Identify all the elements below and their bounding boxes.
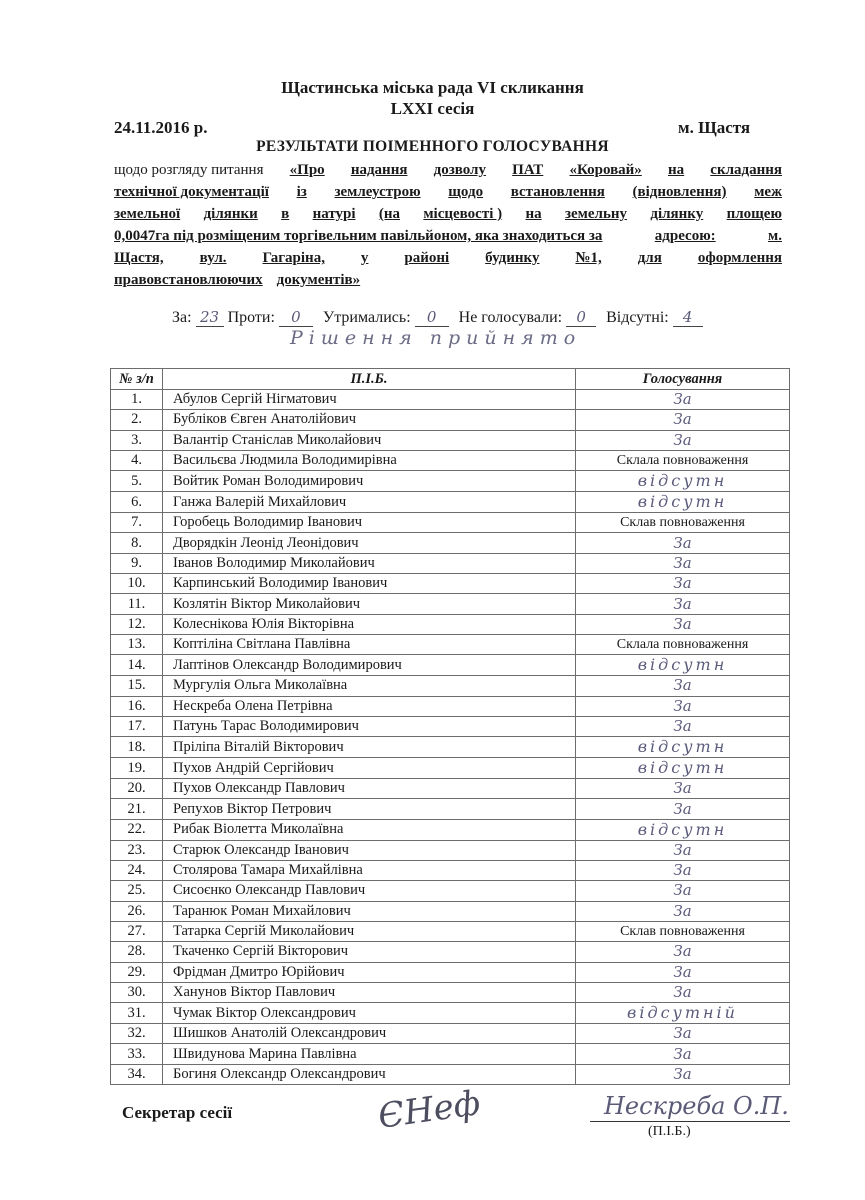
table-row: 28.Ткаченко Сергій ВікторовичЗа <box>111 942 790 962</box>
subject-word: адресою: <box>655 228 716 245</box>
council-title: Щастинська міська рада VI скликання <box>0 78 865 98</box>
vote-handwritten: відсутн <box>638 758 728 777</box>
deputy-name: Дворядкін Леонід Леонідович <box>163 533 576 553</box>
subject-lead: щодо розгляду питання <box>114 162 264 179</box>
vote-cell: Склав повноваження <box>576 513 790 533</box>
deputy-name: Ганжа Валерій Михайлович <box>163 492 576 513</box>
table-row: 16.Нескреба Олена ПетрівнаЗа <box>111 696 790 716</box>
vote-cell: За <box>576 614 790 634</box>
vote-cell: Склав повноваження <box>576 921 790 941</box>
table-row: 6.Ганжа Валерій Михайловичвідсутн <box>111 492 790 513</box>
absent-label: Відсутні: <box>606 309 669 326</box>
deputy-name: Колеснікова Юлія Вікторівна <box>163 614 576 634</box>
subject-word: складання <box>710 162 782 179</box>
table-row: 30.Ханунов Віктор ПавловичЗа <box>111 982 790 1002</box>
vote-cell: За <box>576 881 790 901</box>
table-row: 1.Абулов Сергій НігматовичЗа <box>111 390 790 410</box>
vote-cell: За <box>576 1024 790 1044</box>
deputy-name: Таранюк Роман Михайлович <box>163 901 576 921</box>
table-row: 7.Горобець Володимир ІвановичСклав повно… <box>111 513 790 533</box>
vote-cell: За <box>576 410 790 430</box>
deputy-name: Ханунов Віктор Павлович <box>163 982 576 1002</box>
deputy-name: Фрідман Дмитро Юрійович <box>163 962 576 982</box>
subject-word: площею <box>727 206 782 223</box>
table-row: 2.Бубліков Євген АнатолійовичЗа <box>111 410 790 430</box>
subject-line: правовстановлюючихдокументів» <box>114 272 782 289</box>
table-row: 10.Карпинський Володимир ІвановичЗа <box>111 574 790 594</box>
vote-status: Склав повноваження <box>620 924 745 939</box>
vote-cell: відсутн <box>576 655 790 676</box>
table-row: 13.Коптіліна Світлана ПавлівнаСклала пов… <box>111 634 790 654</box>
vote-cell: За <box>576 982 790 1002</box>
row-number: 7. <box>111 513 163 533</box>
row-number: 9. <box>111 553 163 573</box>
row-number: 22. <box>111 819 163 840</box>
table-row: 15.Мургулія Ольга МиколаївнаЗа <box>111 676 790 696</box>
row-number: 5. <box>111 471 163 492</box>
vote-handwritten: За <box>673 800 691 818</box>
table-row: 3.Валантір Станіслав МиколайовичЗа <box>111 430 790 450</box>
vote-handwritten: За <box>673 595 691 613</box>
secretary-label: Секретар сесії <box>122 1103 232 1123</box>
subject-word: ПАТ <box>512 162 543 179</box>
row-number: 10. <box>111 574 163 594</box>
table-row: 8.Дворядкін Леонід ЛеонідовичЗа <box>111 533 790 553</box>
vote-handwritten: За <box>673 717 691 735</box>
subject-word: 0,0047га під розміщеним торгівельним пав… <box>114 228 602 245</box>
vote-cell: За <box>576 779 790 799</box>
subject-word: технічної документації <box>114 184 269 201</box>
table-row: 17.Патунь Тарас ВолодимировичЗа <box>111 716 790 736</box>
subject-word: на <box>525 206 541 223</box>
vote-handwritten: За <box>673 615 691 633</box>
row-number: 25. <box>111 881 163 901</box>
vote-handwritten: За <box>673 841 691 859</box>
table-header-row: № з/п П.І.Б. Голосування <box>111 369 790 390</box>
secretary-name-handwritten: Нескреба О.П. <box>604 1092 789 1120</box>
vote-cell: За <box>576 1064 790 1084</box>
vote-cell: За <box>576 553 790 573</box>
deputy-name: Патунь Тарас Володимирович <box>163 716 576 736</box>
vote-cell: За <box>576 1044 790 1064</box>
row-number: 18. <box>111 737 163 758</box>
table-row: 26.Таранюк Роман МихайловичЗа <box>111 901 790 921</box>
row-number: 12. <box>111 614 163 634</box>
vote-cell: За <box>576 696 790 716</box>
vote-handwritten: відсутн <box>638 820 728 839</box>
header-name: П.І.Б. <box>163 369 576 390</box>
vote-cell: За <box>576 574 790 594</box>
subject-word: дозволу <box>434 162 486 179</box>
vote-counts: За: 23 Проти: 0 Утримались: 0 Не голосув… <box>172 308 703 327</box>
table-row: 12.Колеснікова Юлія ВікторівнаЗа <box>111 614 790 634</box>
subject-word: земельної <box>114 206 180 223</box>
vote-cell: За <box>576 942 790 962</box>
table-row: 4.Васильєва Людмила ВолодимирівнаСклала … <box>111 450 790 470</box>
row-number: 30. <box>111 982 163 1002</box>
table-row: 33.Швидунова Марина ПавлівнаЗа <box>111 1044 790 1064</box>
subject-word: натурі <box>313 206 356 223</box>
subject-word: меж <box>754 184 782 201</box>
row-number: 20. <box>111 779 163 799</box>
subject-word: надання <box>351 162 408 179</box>
deputy-name: Козлятін Віктор Миколайович <box>163 594 576 614</box>
vote-cell: Склала повноваження <box>576 450 790 470</box>
subject-word: місцевості ) <box>423 206 502 223</box>
not-voted-label: Не голосували: <box>459 309 562 326</box>
row-number: 19. <box>111 758 163 779</box>
deputy-name: Старюк Олександр Іванович <box>163 840 576 860</box>
vote-handwritten: За <box>673 1024 691 1042</box>
row-number: 23. <box>111 840 163 860</box>
row-number: 13. <box>111 634 163 654</box>
vote-handwritten: відсутн <box>638 655 728 674</box>
vote-handwritten: За <box>673 881 691 899</box>
vote-cell: За <box>576 962 790 982</box>
vote-cell: За <box>576 430 790 450</box>
session-title: LXXI сесія <box>0 99 865 119</box>
subject-word: Щастя, <box>114 250 164 267</box>
table-row: 14.Лаптінов Олександр Володимировичвідсу… <box>111 655 790 676</box>
vote-handwritten: За <box>673 431 691 449</box>
subject-word: для <box>638 250 662 267</box>
deputy-name: Чумак Віктор Олександрович <box>163 1003 576 1024</box>
subject-word: вул. <box>200 250 227 267</box>
vote-cell: За <box>576 861 790 881</box>
row-number: 27. <box>111 921 163 941</box>
vote-cell: відсутній <box>576 1003 790 1024</box>
deputy-name: Нескреба Олена Петрівна <box>163 696 576 716</box>
table-row: 20.Пухов Олександр ПавловичЗа <box>111 779 790 799</box>
row-number: 3. <box>111 430 163 450</box>
table-row: 23.Старюк Олександр ІвановичЗа <box>111 840 790 860</box>
row-number: 1. <box>111 390 163 410</box>
table-row: 24.Столярова Тамара МихайлівнаЗа <box>111 861 790 881</box>
table-row: 5.Войтик Роман Володимировичвідсутн <box>111 471 790 492</box>
deputy-name: Пухов Олександр Павлович <box>163 779 576 799</box>
vote-cell: За <box>576 533 790 553</box>
vote-cell: За <box>576 716 790 736</box>
subject-word: встановлення <box>511 184 605 201</box>
row-number: 33. <box>111 1044 163 1064</box>
deputy-name: Татарка Сергій Миколайович <box>163 921 576 941</box>
vote-cell: За <box>576 840 790 860</box>
deputy-name: Васильєва Людмила Володимирівна <box>163 450 576 470</box>
subject-word: (відновлення) <box>633 184 727 201</box>
absent-value: 4 <box>673 308 703 327</box>
deputy-name: Валантір Станіслав Миколайович <box>163 430 576 450</box>
vote-cell: відсутн <box>576 819 790 840</box>
abstained-value: 0 <box>415 308 449 327</box>
vote-cell: За <box>576 901 790 921</box>
vote-cell: відсутн <box>576 737 790 758</box>
subject-word: №1, <box>575 250 601 267</box>
subject-word: правовстановлюючих <box>114 272 263 289</box>
vote-handwritten: За <box>673 1065 691 1083</box>
deputy-name: Сисоєнко Олександр Павлович <box>163 881 576 901</box>
subject-word: в <box>281 206 289 223</box>
vote-cell: Склала повноваження <box>576 634 790 654</box>
vote-handwritten: відсутн <box>638 737 728 756</box>
table-row: 9.Іванов Володимир МиколайовичЗа <box>111 553 790 573</box>
signature-line <box>590 1121 790 1122</box>
subject-line: щодо розгляду питання«ПронаданнядозволуП… <box>114 162 782 179</box>
subject-word: ділянку <box>650 206 703 223</box>
vote-cell: За <box>576 799 790 819</box>
document-title: РЕЗУЛЬТАТИ ПОІМЕННОГО ГОЛОСУВАННЯ <box>0 138 865 156</box>
row-number: 15. <box>111 676 163 696</box>
row-number: 16. <box>111 696 163 716</box>
vote-cell: відсутн <box>576 471 790 492</box>
subject-word: із <box>297 184 307 201</box>
subject-word: у <box>361 250 369 267</box>
vote-cell: За <box>576 676 790 696</box>
vote-handwritten: За <box>673 554 691 572</box>
vote-handwritten: За <box>673 983 691 1001</box>
deputy-name: Бубліков Євген Анатолійович <box>163 410 576 430</box>
against-label: Проти: <box>228 309 275 326</box>
deputy-name: Войтик Роман Володимирович <box>163 471 576 492</box>
deputy-name: Абулов Сергій Нігматович <box>163 390 576 410</box>
row-number: 26. <box>111 901 163 921</box>
vote-handwritten: За <box>673 861 691 879</box>
deputy-name: Карпинський Володимир Іванович <box>163 574 576 594</box>
deputy-name: Столярова Тамара Михайлівна <box>163 861 576 881</box>
subject-word: «Про <box>290 162 325 179</box>
subject-word: будинку <box>485 250 539 267</box>
against-value: 0 <box>279 308 313 327</box>
vote-handwritten: За <box>673 1045 691 1063</box>
vote-handwritten: відсутній <box>627 1003 738 1022</box>
vote-status: Склав повноваження <box>620 515 745 530</box>
vote-cell: За <box>576 390 790 410</box>
vote-handwritten: За <box>673 697 691 715</box>
vote-handwritten: За <box>673 779 691 797</box>
row-number: 14. <box>111 655 163 676</box>
row-number: 2. <box>111 410 163 430</box>
row-number: 4. <box>111 450 163 470</box>
roll-call-table: № з/п П.І.Б. Голосування 1.Абулов Сергій… <box>110 368 790 1085</box>
row-number: 17. <box>111 716 163 736</box>
subject-line: технічної документаціїізземлеустроющодов… <box>114 184 782 201</box>
for-value: 23 <box>196 308 224 327</box>
session-city: м. Щастя <box>678 118 750 138</box>
row-number: 21. <box>111 799 163 819</box>
name-caption: (П.І.Б.) <box>648 1124 691 1140</box>
abstained-label: Утримались: <box>323 309 411 326</box>
vote-handwritten: За <box>673 410 691 428</box>
deputy-name: Пухов Андрій Сергійович <box>163 758 576 779</box>
subject-word: районі <box>404 250 449 267</box>
vote-status: Склала повноваження <box>617 453 749 468</box>
table-row: 27.Татарка Сергій МиколайовичСклав повно… <box>111 921 790 941</box>
deputy-name: Коптіліна Світлана Павлівна <box>163 634 576 654</box>
table-row: 29.Фрідман Дмитро ЮрійовичЗа <box>111 962 790 982</box>
subject-word: ділянки <box>204 206 258 223</box>
vote-cell: відсутн <box>576 758 790 779</box>
subject-word: «Коровай» <box>569 162 641 179</box>
deputy-name: Лаптінов Олександр Володимирович <box>163 655 576 676</box>
vote-handwritten: відсутн <box>638 492 728 511</box>
vote-cell: За <box>576 594 790 614</box>
subject-line: 0,0047га під розміщеним торгівельним пав… <box>114 228 782 245</box>
row-number: 34. <box>111 1064 163 1084</box>
secretary-signature: ЄНеф <box>376 1083 483 1137</box>
table-row: 34.Богиня Олександр ОлександровичЗа <box>111 1064 790 1084</box>
not-voted-value: 0 <box>566 308 596 327</box>
row-number: 28. <box>111 942 163 962</box>
vote-handwritten: відсутн <box>638 471 728 490</box>
table-row: 32.Шишков Анатолій ОлександровичЗа <box>111 1024 790 1044</box>
deputy-name: Репухов Віктор Петрович <box>163 799 576 819</box>
vote-handwritten: За <box>673 902 691 920</box>
row-number: 6. <box>111 492 163 513</box>
table-row: 11.Козлятін Віктор МиколайовичЗа <box>111 594 790 614</box>
subject-word: на <box>668 162 684 179</box>
subject-word: земельну <box>565 206 627 223</box>
vote-handwritten: За <box>673 390 691 408</box>
vote-handwritten: За <box>673 942 691 960</box>
row-number: 11. <box>111 594 163 614</box>
deputy-name: Богиня Олександр Олександрович <box>163 1064 576 1084</box>
deputy-name: Горобець Володимир Іванович <box>163 513 576 533</box>
vote-handwritten: За <box>673 534 691 552</box>
vote-status: Склала повноваження <box>617 637 749 652</box>
deputy-name: Пріліпа Віталій Вікторович <box>163 737 576 758</box>
row-number: 32. <box>111 1024 163 1044</box>
table-row: 21.Репухов Віктор ПетровичЗа <box>111 799 790 819</box>
header-vote: Голосування <box>576 369 790 390</box>
subject-word: документів» <box>277 272 360 289</box>
vote-handwritten: За <box>673 676 691 694</box>
table-row: 19.Пухов Андрій Сергійовичвідсутн <box>111 758 790 779</box>
table-row: 25.Сисоєнко Олександр ПавловичЗа <box>111 881 790 901</box>
subject-word: землеустрою <box>334 184 420 201</box>
row-number: 24. <box>111 861 163 881</box>
for-label: За: <box>172 309 192 326</box>
table-row: 31.Чумак Віктор Олександровичвідсутній <box>111 1003 790 1024</box>
deputy-name: Шишков Анатолій Олександрович <box>163 1024 576 1044</box>
row-number: 29. <box>111 962 163 982</box>
decision-handwritten: Рішення прийнято <box>290 327 581 349</box>
row-number: 8. <box>111 533 163 553</box>
subject-word: оформлення <box>698 250 782 267</box>
deputy-name: Рибак Віолетта Миколаївна <box>163 819 576 840</box>
subject-word: Гагаріна, <box>263 250 325 267</box>
vote-cell: відсутн <box>576 492 790 513</box>
session-date: 24.11.2016 р. <box>114 118 208 138</box>
vote-handwritten: За <box>673 963 691 981</box>
table-row: 18.Пріліпа Віталій Вікторовичвідсутн <box>111 737 790 758</box>
subject-line: Щастя,вул.Гагаріна,урайонібудинку№1,дляо… <box>114 250 782 267</box>
deputy-name: Ткаченко Сергій Вікторович <box>163 942 576 962</box>
table-row: 22.Рибак Віолетта Миколаївнавідсутн <box>111 819 790 840</box>
vote-handwritten: За <box>673 574 691 592</box>
deputy-name: Швидунова Марина Павлівна <box>163 1044 576 1064</box>
subject-word: (на <box>379 206 400 223</box>
deputy-name: Мургулія Ольга Миколаївна <box>163 676 576 696</box>
header-number: № з/п <box>111 369 163 390</box>
subject-word: щодо <box>448 184 483 201</box>
deputy-name: Іванов Володимир Миколайович <box>163 553 576 573</box>
subject-line: земельноїділянкивнатурі(намісцевості )на… <box>114 206 782 223</box>
subject-word: м. <box>768 228 782 245</box>
row-number: 31. <box>111 1003 163 1024</box>
